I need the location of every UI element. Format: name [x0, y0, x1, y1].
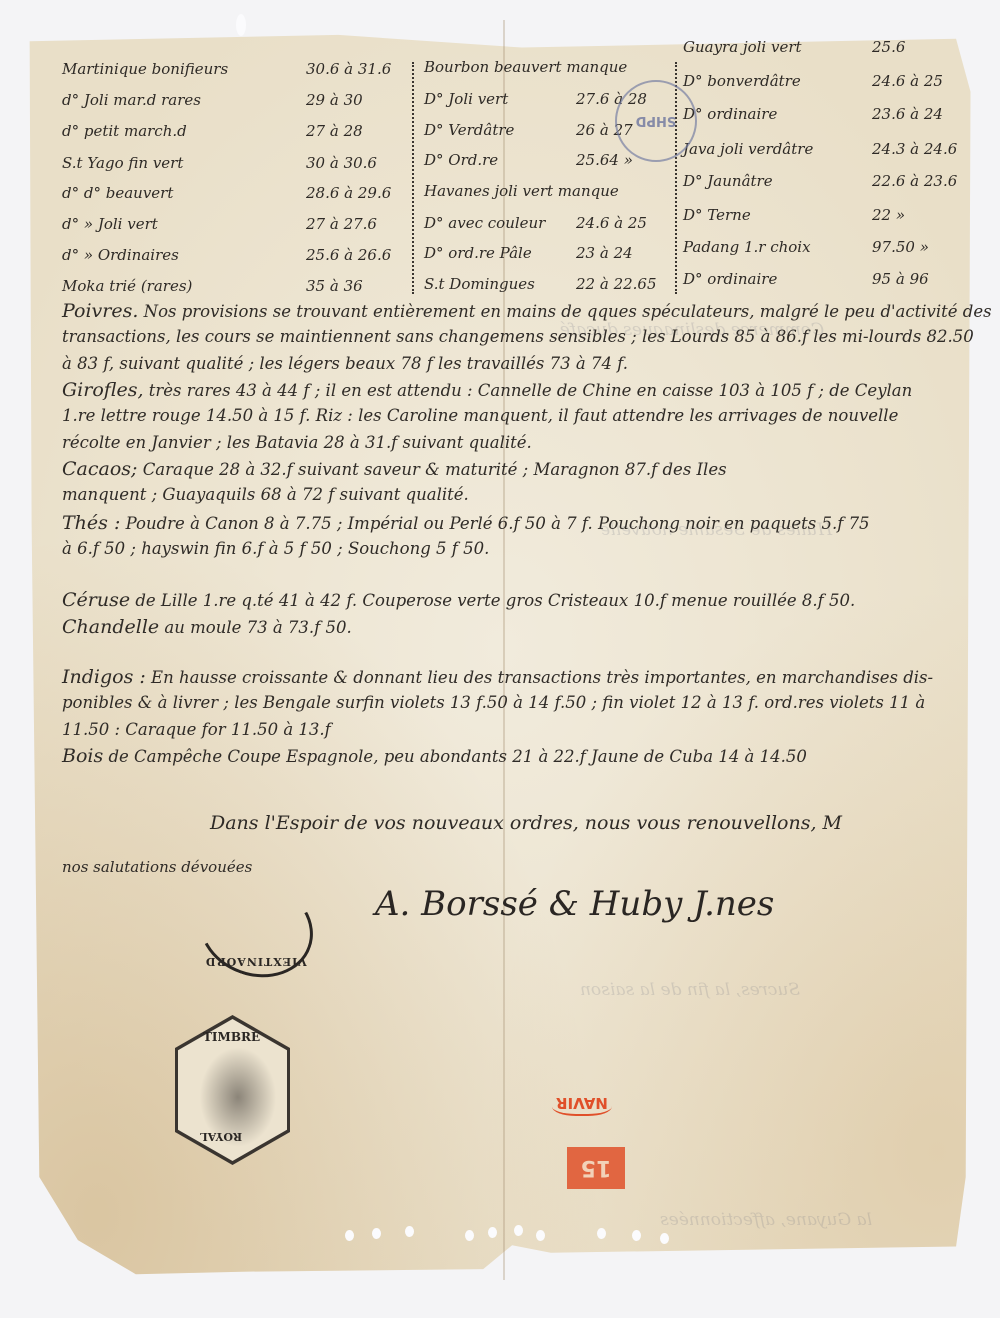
paragraph-line: En hausse croissante & donnant lieu des …: [151, 668, 933, 687]
red-navire-stamp: NAVIR: [552, 1092, 612, 1116]
price-value: 25.6: [872, 38, 905, 56]
paragraph-poivres: Poivres. Nos provisions se trouvant enti…: [62, 298, 962, 377]
price-label: D° Jaunâtre: [683, 172, 773, 190]
paragraph-line: récolte en Janvier ; les Batavia 28 à 31…: [62, 430, 962, 456]
perforation-hole: [345, 1230, 354, 1241]
price-value: 29 à 30: [306, 91, 363, 109]
price-label: D° Terne: [683, 206, 751, 224]
price-label: Moka trié (rares): [62, 277, 192, 295]
price-label: d° Joli mar.d rares: [62, 91, 201, 109]
price-value: 24.6 à 25: [872, 72, 943, 90]
price-label: d° d° beauvert: [62, 184, 173, 202]
price-value: 30 à 30.6: [306, 154, 377, 172]
perforation-hole: [632, 1230, 641, 1241]
price-label: S.t Domingues: [424, 275, 535, 293]
perforation-hole: [405, 1226, 414, 1237]
commodity-name: Cacaos;: [62, 458, 137, 480]
closing-salutation: nos salutations dévouées: [62, 858, 252, 876]
commodity-name: Girofles,: [62, 379, 143, 401]
price-value: 95 à 96: [872, 270, 929, 288]
column-divider: [412, 62, 418, 294]
price-label: D° ord.re Pâle: [424, 244, 532, 262]
paper-tear-hole: [236, 14, 246, 36]
paragraph-line: transactions, les cours se maintiennent …: [62, 324, 962, 350]
paragraph-bois: Bois de Campêche Coupe Espagnole, peu ab…: [62, 743, 962, 769]
price-value: 23 à 24: [576, 244, 633, 262]
price-value: 28.6 à 29.6: [306, 184, 391, 202]
paragraph-chandelle: Chandelle au moule 73 à 73.f 50.: [62, 614, 962, 640]
closing-line: Dans l'Espoir de vos nouveaux ordres, no…: [210, 812, 842, 834]
paragraph-line: Nos provisions se trouvant entièrement e…: [144, 302, 992, 321]
fold-line: [503, 20, 505, 1280]
price-value: 23.6 à 24: [872, 105, 943, 123]
paragraph-line: Caraque 28 à 32.f suivant saveur & matur…: [143, 460, 727, 479]
price-label: D° ordinaire: [683, 105, 777, 123]
paragraph-ceruse: Céruse de Lille 1.re q.té 41 à 42 f. Cou…: [62, 587, 962, 613]
price-label: D° Ord.re: [424, 151, 498, 169]
paragraph-line: 11.50 : Caraque for 11.50 à 13.f: [62, 717, 962, 743]
commodity-name: Poivres.: [62, 300, 138, 322]
price-value: 22 »: [872, 206, 905, 224]
bleed-through-text: la Guyane, affectionnées: [660, 1210, 872, 1230]
paragraph-thes: Thés : Poudre à Canon 8 à 7.75 ; Impéria…: [62, 510, 962, 563]
perforation-hole: [660, 1233, 669, 1244]
blue-postmark-stamp: SHPD: [615, 80, 697, 162]
paragraph-line: à 6.f 50 ; hayswin fin 6.f à 5 f 50 ; So…: [62, 536, 962, 562]
price-label: Havanes joli vert manque: [424, 182, 619, 200]
price-value: 24.3 à 24.6: [872, 140, 957, 158]
commodity-name: Indigos :: [62, 666, 146, 688]
paragraph-line: à 83 f, suivant qualité ; les légers bea…: [62, 351, 962, 377]
price-label: D° avec couleur: [424, 214, 545, 232]
paragraph-cacaos: Cacaos; Caraque 28 à 32.f suivant saveur…: [62, 456, 962, 509]
price-label: D° Verdâtre: [424, 121, 514, 139]
perforation-hole: [488, 1227, 497, 1238]
red-postage-stamp: 15: [567, 1147, 625, 1189]
paragraph-girofles: Girofles, très rares 43 à 44 f ; il en e…: [62, 377, 962, 456]
price-value: 27 à 28: [306, 122, 363, 140]
price-label: D° Joli vert: [424, 90, 508, 108]
commodity-name: Thés :: [62, 512, 120, 534]
paragraph-line: de Campêche Coupe Espagnole, peu abondan…: [108, 747, 806, 766]
royal-stamp-label: ROYAL: [200, 1130, 242, 1143]
price-label: Bourbon beauvert manque: [424, 58, 627, 76]
paragraph-line: manquent ; Guayaquils 68 à 72 f suivant …: [62, 482, 962, 508]
perforation-hole: [597, 1228, 606, 1239]
paragraph-line: 1.re lettre rouge 14.50 à 15 f. Riz : le…: [62, 403, 962, 429]
price-label: Martinique bonifieurs: [62, 60, 228, 78]
price-value: 25.6 à 26.6: [306, 246, 391, 264]
price-value: 22 à 22.65: [576, 275, 657, 293]
paragraph-line: au moule 73 à 73.f 50.: [164, 618, 351, 637]
price-value: 35 à 36: [306, 277, 363, 295]
price-value: 97.50 »: [872, 238, 929, 256]
commodity-name: Céruse: [62, 589, 130, 611]
price-label: d° petit march.d: [62, 122, 187, 140]
price-value: 30.6 à 31.6: [306, 60, 391, 78]
paragraph-line: très rares 43 à 44 f ; il en est attendu…: [149, 381, 913, 400]
price-value: 25.64 »: [576, 151, 633, 169]
perforation-hole: [536, 1230, 545, 1241]
perforation-hole: [372, 1228, 381, 1239]
price-label: Padang 1.r choix: [683, 238, 811, 256]
perforation-hole: [465, 1230, 474, 1241]
black-arc-stamp-text: VIEXTINAORD: [205, 955, 307, 968]
bleed-through-text: Sucres, la fin de la saison: [580, 980, 800, 1000]
price-label: Java joli verdâtre: [683, 140, 813, 158]
commodity-name: Bois: [62, 745, 103, 767]
perforation-hole: [514, 1225, 523, 1236]
paragraph-line: Poudre à Canon 8 à 7.75 ; Impérial ou Pe…: [126, 514, 870, 533]
price-value: 24.6 à 25: [576, 214, 647, 232]
price-label: D° bonverdâtre: [683, 72, 801, 90]
timbre-stamp-label: TIMBRE: [203, 1030, 260, 1044]
paragraph-indigos: Indigos : En hausse croissante & donnant…: [62, 664, 962, 743]
paragraph-line: ponibles & à livrer ; les Bengale surfin…: [62, 690, 962, 716]
paragraph-line: de Lille 1.re q.té 41 à 42 f. Couperose …: [135, 591, 855, 610]
price-label: d° » Joli vert: [62, 215, 158, 233]
price-value: 22.6 à 23.6: [872, 172, 957, 190]
price-label: d° » Ordinaires: [62, 246, 179, 264]
price-label: S.t Yago fin vert: [62, 154, 183, 172]
price-value: 27 à 27.6: [306, 215, 377, 233]
signature: A. Borssé & Huby J.nes: [375, 884, 774, 924]
commodity-name: Chandelle: [62, 616, 159, 638]
price-label: D° ordinaire: [683, 270, 777, 288]
price-label: Guayra joli vert: [683, 38, 802, 56]
